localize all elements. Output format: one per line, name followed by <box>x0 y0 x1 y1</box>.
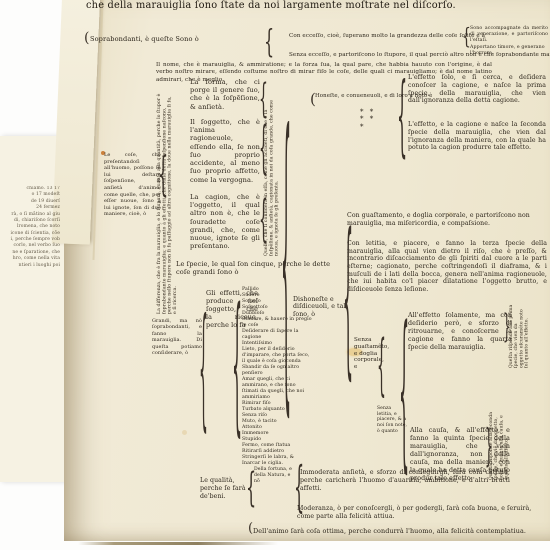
brace: { <box>158 150 168 197</box>
bottom-edge-shadow <box>78 542 278 545</box>
node-quarta-specie: All'effetto ſolamente, ma con deſiderio … <box>408 312 512 352</box>
brace: } <box>503 309 511 342</box>
brace: { <box>294 459 304 513</box>
node-dishoneste: Dishoneſte e diſdiceuoli, e tali ſono, ò <box>293 296 349 318</box>
node-le-cose: Le coſe, che preſentandoſi all'huomo, po… <box>104 152 161 218</box>
node-fortuna-natura: Della fortuna, e della Natura, e nõ <box>254 467 294 485</box>
prev-page-text-fragment: chiamo. 13 17 o 17 modeſt de 19 diuerſ 2… <box>0 186 60 282</box>
node-grandi: Grandi, ma nò ſoprabondanti, e fanno la … <box>152 318 202 356</box>
page-title-line: che della marauiglia ſono ſtate da noi l… <box>86 0 456 12</box>
brace: ( <box>84 31 89 45</box>
brace: { <box>264 26 274 57</box>
brace: { <box>259 193 268 243</box>
asterisk-ornament: * * * * * <box>360 109 375 131</box>
node-senza-eccesso: Senza ecceſſo, e partoriſcono lo ſtupore… <box>289 52 550 59</box>
brace: ( <box>310 92 316 107</box>
node-effetto-solo: L'effetto ſolo, e ſi cerca, e deſidera c… <box>408 74 546 105</box>
photographed-book-page: chiamo. 13 17 o 17 modeſt de 19 diuerſ 2… <box>0 0 550 550</box>
brace: { <box>399 303 409 473</box>
margin-note-quarta: Queſta riſponde alla prima ſpecie, che v… <box>509 304 545 368</box>
brace: { <box>259 119 268 175</box>
node-le-qualita: Le qualità, perche ſe farà de'beni. <box>200 477 248 501</box>
brace: { <box>199 300 208 432</box>
node-dell-animo: Dell'animo ſarà coſa ottima, perche cond… <box>253 527 526 535</box>
node-la-cagion: La cagion, che è l'oggetto, il qual altr… <box>190 193 260 251</box>
brace: { <box>246 467 256 507</box>
node-venerazione: Sono accompagnate da merito di venerazio… <box>470 26 548 44</box>
brace: } <box>485 423 493 467</box>
brace: { <box>377 331 386 397</box>
paper-stain <box>182 430 187 435</box>
brace: { <box>397 70 407 158</box>
node-la-forma: La forma, che ci porge il genere ſuo, ch… <box>190 78 260 111</box>
node-effetto-e-cagione: L'effetto, e la cagione e naſce la ſecon… <box>408 121 546 152</box>
brace: { <box>232 287 242 437</box>
node-con-guastamento: Con guaſtamento, e doglia corporale, e p… <box>347 212 545 228</box>
node-soprabondanti: Soprabondanti, è queſte Sono ò <box>90 35 208 43</box>
node-con-letitia: Con letitia, e piacere, e fanno la terza… <box>347 240 547 294</box>
brace: { <box>462 25 471 48</box>
node-con-eccesso: Con ecceſſo, cioè, ſuperano molto la gra… <box>289 33 485 40</box>
brace: ( <box>248 522 253 535</box>
brace: { <box>343 210 353 380</box>
margin-note-differenza: La differenza, che è fra la marauiglia, … <box>157 92 189 314</box>
node-le-specie: Le ſpecie, le qual ſon cinque, perche le… <box>176 260 334 276</box>
brace: { <box>259 78 268 118</box>
node-moderanza: Moderanza, ò per conoſcergli, ò per gode… <box>297 505 550 521</box>
brace: { <box>281 92 291 414</box>
node-il-soggetto: Il ſoggetto, che è l'anima ragioneuole, … <box>190 118 260 184</box>
